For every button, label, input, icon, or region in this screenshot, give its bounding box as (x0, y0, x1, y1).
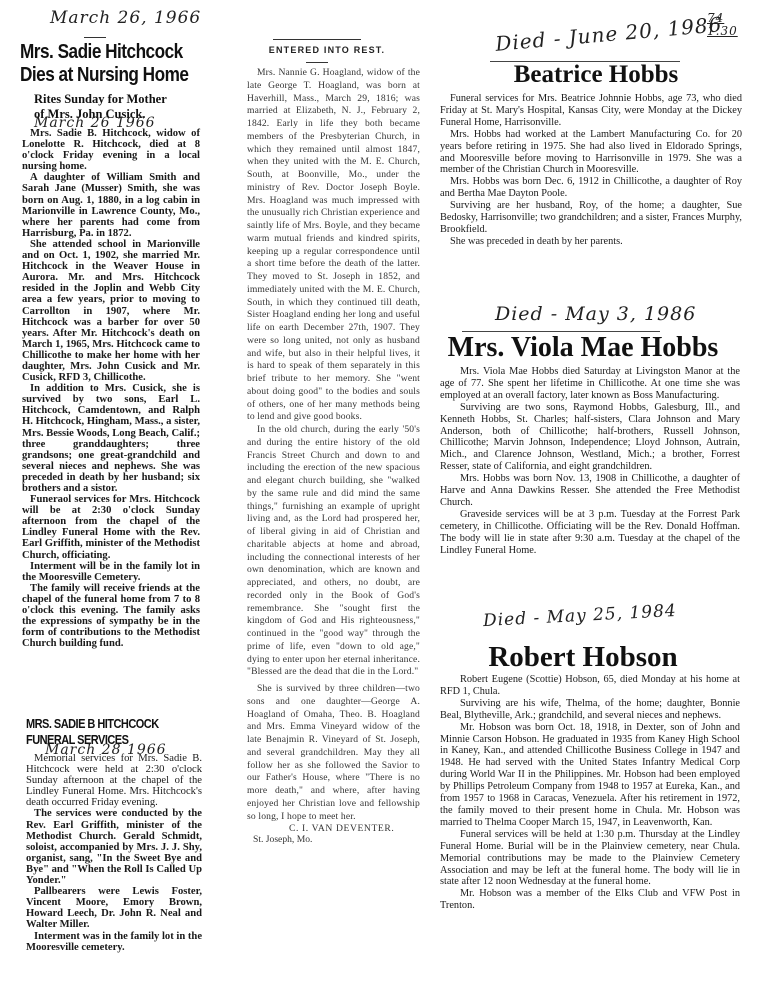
paragraph: A daughter of William Smith and Sarah Ja… (22, 172, 200, 239)
paragraph: She is survived by three children—two so… (247, 683, 420, 823)
paragraph: Mrs. Hobbs was born Nov. 13, 1908 in Chi… (440, 473, 740, 509)
signature: C. I. VAN DEVENTER. (247, 823, 420, 834)
paragraph: Mrs. Sadie B. Hitchcock, widow of Lonelo… (22, 128, 200, 172)
subheadline-line-1: Rites Sunday for Mother (34, 92, 200, 107)
handwritten-date-march-26-1966: March 26 1966 (34, 115, 156, 131)
paragraph: Funeral services for Mrs. Beatrice Johnn… (440, 93, 742, 129)
paragraph: Surviving are his wife, Thelma, of the h… (440, 698, 740, 722)
paragraph: Mrs. Viola Mae Hobbs died Saturday at Li… (440, 366, 740, 402)
handwritten-date-may-3-1986: Died - May 3, 1986 (495, 303, 696, 325)
short-rule (306, 62, 328, 63)
paragraph: Funeral services will be held at 1:30 p.… (440, 829, 740, 889)
services-headline-line-1: MRS. SADIE B HITCHCOCK (26, 716, 181, 732)
handwritten-note: 74 1.30 (707, 12, 731, 38)
handwritten-date-march-26: March 26, 1966 (50, 8, 201, 28)
paragraph: In the old church, during the early '50'… (247, 424, 420, 679)
viola-headline: Mrs. Viola Mae Hobbs (440, 332, 726, 364)
paragraph: The family will receive friends at the c… (22, 583, 200, 650)
paragraph: Interment was in the family lot in the M… (26, 931, 202, 953)
paragraph: The services were conducted by the Rev. … (26, 808, 202, 886)
paragraph: In addition to Mrs. Cusick, she is survi… (22, 383, 200, 494)
paragraph: She attended school in Marionville and o… (22, 239, 200, 383)
signature-place: St. Joseph, Mo. (247, 834, 420, 845)
handwritten-date-june-20-1986: Died - June 20, 1986 (494, 12, 723, 56)
section-heading: ENTERED INTO REST. (247, 45, 407, 55)
handwritten-date-may-25-1984: Died - May 25, 1984 (483, 601, 678, 631)
paragraph: Surviving are her husband, Roy, of the h… (440, 200, 742, 236)
paragraph: Graveside services will be at 3 p.m. Tue… (440, 509, 740, 557)
divider (84, 37, 106, 38)
paragraph: Mr. Hobson was a member of the Elks Club… (440, 888, 740, 912)
paragraph: Funeraol services for Mrs. Hitchcock wil… (22, 494, 200, 561)
paragraph: Mrs. Hobbs was born Dec. 6, 1912 in Chil… (440, 176, 742, 200)
paragraph: Robert Eugene (Scottie) Hobson, 65, died… (440, 674, 740, 698)
paragraph: Surviving are two sons, Raymond Hobbs, G… (440, 402, 740, 473)
robert-headline: Robert Hobson (440, 640, 726, 674)
paragraph: Pallbearers were Lewis Foster, Vincent M… (26, 886, 202, 930)
paragraph: Interment will be in the family lot in t… (22, 561, 200, 583)
handwritten-date-march-28-1966: March 28 1966 (45, 742, 167, 758)
paragraph: Mrs. Nannie G. Hoagland, widow of the la… (247, 67, 420, 424)
paragraph: Mrs. Hobbs had worked at the Lambert Man… (440, 129, 742, 177)
paragraph: Memorial services for Mrs. Sadie B. Hitc… (26, 753, 202, 808)
beatrice-headline: Beatrice Hobbs (440, 60, 752, 90)
headline-line-2: Dies at Nursing Home (20, 64, 188, 87)
paragraph: Mr. Hobson was born Oct. 18, 1918, in De… (440, 722, 740, 829)
top-rule (273, 39, 361, 40)
headline-line-1: Mrs. Sadie Hitchcock (20, 41, 188, 64)
paragraph: She was preceded in death by her parents… (440, 236, 742, 248)
